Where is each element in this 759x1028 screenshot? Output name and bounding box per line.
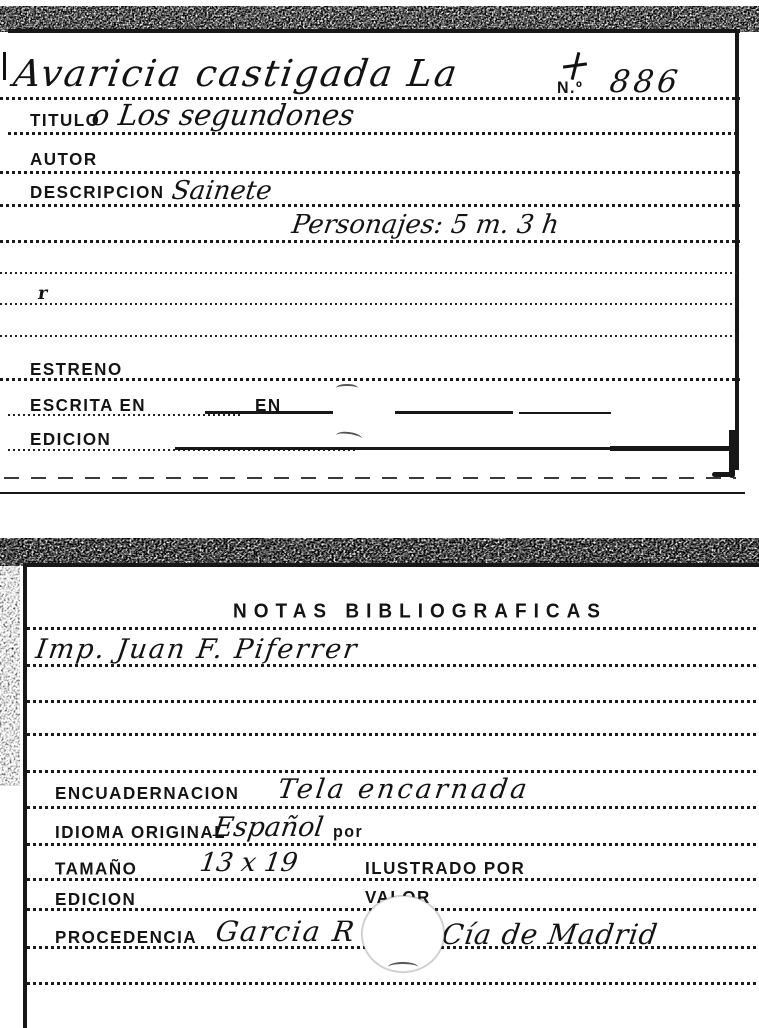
handwritten-title: Avaricia castigada La <box>11 52 461 95</box>
notas-header: NOTAS BIBLIOGRAFICAS <box>233 600 607 623</box>
card1-left-tick <box>3 52 6 80</box>
card2-left-border <box>23 563 27 1028</box>
rule-line <box>27 733 759 736</box>
idioma-value: Español <box>212 812 326 843</box>
rule-line <box>0 303 740 305</box>
estreno-label: ESTRENO <box>30 360 123 381</box>
ilustrado-label: ILUSTRADO POR <box>365 859 525 880</box>
stray-mark: r <box>37 283 49 304</box>
card1-right-border <box>735 29 739 470</box>
noise-texture <box>0 538 759 566</box>
card1-bottom-scan-line <box>0 492 745 494</box>
numero-value: 886 <box>607 64 683 100</box>
erase-smudge <box>334 392 392 436</box>
rule-line <box>27 627 759 630</box>
tamano-label: TAMAÑO <box>55 859 137 880</box>
descripcion-label: DESCRIPCION <box>30 183 165 204</box>
titulo-value: o Los segundones <box>90 98 357 132</box>
rule-segment <box>395 411 513 414</box>
rule-segment-thick <box>610 446 736 451</box>
rule-line <box>0 272 740 274</box>
rule-line <box>27 806 759 809</box>
rule-segment <box>175 447 615 450</box>
rule-segment <box>205 411 333 414</box>
rule-line <box>27 770 759 773</box>
rule-line <box>8 414 240 416</box>
tamano-value: 13 x 19 <box>198 848 300 878</box>
card1-top-border <box>8 29 740 33</box>
encuadernacion-value: Tela encarnada <box>276 774 532 805</box>
numero-label: N.º <box>557 80 583 99</box>
imprenta-value: Imp. Juan F. Piferrer <box>34 634 361 665</box>
rule-line <box>0 240 740 243</box>
rule-line <box>27 700 759 703</box>
scanned-catalog-cards: Avaricia castigada La N.º 886 TITULO o L… <box>0 0 759 1028</box>
erase-blob <box>362 896 444 972</box>
procedencia-value-left: Garcia R <box>214 915 358 948</box>
encuadernacion-label: ENCUADERNACION <box>55 784 239 805</box>
procedencia-value-right: Cía de Madrid <box>440 918 661 951</box>
smudge-mark <box>388 962 418 972</box>
scan-noise-band-card2 <box>0 538 759 566</box>
rule-line <box>0 335 740 337</box>
rule-segment <box>519 412 611 414</box>
procedencia-label: PROCEDENCIA <box>55 928 197 949</box>
card2-top-border <box>23 563 759 567</box>
idioma-label: IDIOMA ORIGINAL <box>55 823 226 844</box>
por-label: por <box>333 824 363 843</box>
rule-line <box>8 132 737 135</box>
noise-texture <box>0 566 20 786</box>
autor-label: AUTOR <box>30 150 98 171</box>
smudge-mark <box>336 384 358 392</box>
rule-line <box>0 204 740 207</box>
personajes-value: Personajes: 5 m. 3 h <box>290 210 561 240</box>
rule-line <box>27 982 759 985</box>
rule-line <box>0 171 740 174</box>
edicion-label: EDICION <box>30 430 111 451</box>
card1-dashed-edge <box>4 477 736 479</box>
descripcion-value: Sainete <box>170 176 274 206</box>
scan-noise-left-margin <box>0 566 20 786</box>
corner-hook <box>729 430 735 478</box>
edicion2-label: EDICION <box>55 890 136 911</box>
